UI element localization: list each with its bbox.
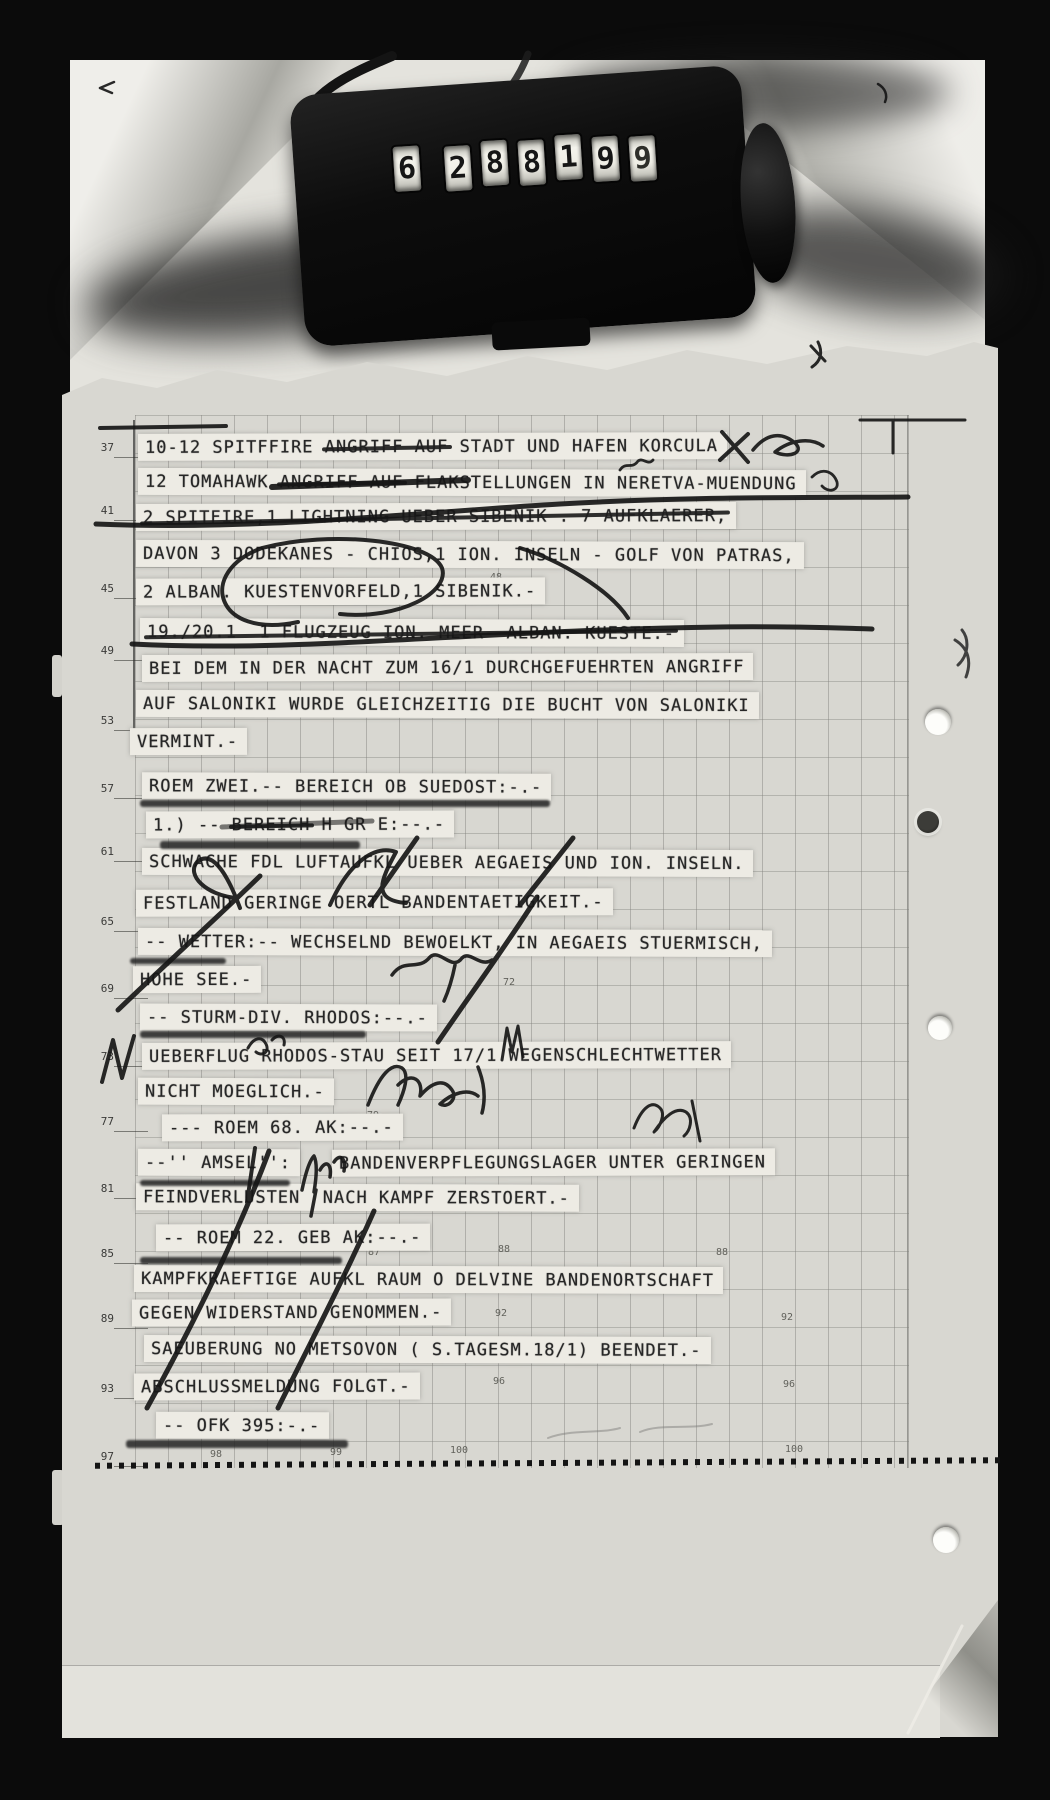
typed-line: NICHT MOEGLICH.- <box>138 1078 334 1106</box>
typed-text: ABSCHLUSSMELDUNG FOLGT.- <box>141 1377 411 1398</box>
typed-text: 1.) -- <box>153 815 232 835</box>
typed-line: 19./20.1 1 FLUGZEUG ION. MEER- ALBAN. KU… <box>140 618 684 647</box>
typed-line: SAEUBERUNG NO METSOVON ( S.TAGESM.18/1) … <box>144 1335 711 1364</box>
typed-line: GEGEN WIDERSTAND GENOMMEN.- <box>132 1298 451 1326</box>
underline-smudge <box>140 1257 342 1264</box>
grid-cell-number: 100 <box>450 1445 468 1456</box>
typed-text: DAVON 3 DODEKANES - CHIOS,1 ION. INSELN … <box>143 544 795 566</box>
counter-digit: 9 <box>628 135 657 182</box>
typed-text: FESTLAND GERINGE OERTL BANDENTAETIGKEIT.… <box>143 892 604 913</box>
grid-cell-number: 88 <box>498 1244 510 1255</box>
typed-text: GEGEN WIDERSTAND GENOMMEN.- <box>139 1303 442 1324</box>
margin-number: 69 <box>88 982 114 995</box>
typed-line: BANDENVERPFLEGUNGSLAGER UNTER GERINGEN <box>332 1148 775 1176</box>
margin-number: 81 <box>88 1182 114 1195</box>
typed-text: -- WETTER:-- WECHSELND BEWOELKT, IN AEGA… <box>145 932 763 954</box>
grid-cell-number: 88 <box>716 1247 728 1258</box>
typed-text: -- ROEM 22. GEB AK:--.- <box>163 1228 421 1249</box>
typed-line: FEINDVERLUSTEN NACH KAMPF ZERSTOERT.- <box>136 1183 579 1212</box>
typed-line: -- OFK 395:-.- <box>156 1412 329 1440</box>
counter-digit: 9 <box>591 136 620 183</box>
grid-cell-number: 96 <box>783 1379 795 1390</box>
counter-base-tab <box>491 317 590 350</box>
margin-number: 41 <box>88 504 114 517</box>
margin-number: 73 <box>88 1050 114 1063</box>
typed-line: 2 SPITFIRE,1 LIGHTNING UEBER SIBENIK . 7… <box>136 502 736 531</box>
typed-line: 2 ALBAN. KUESTENVORFELD,1 SIBENIK.- <box>136 577 545 605</box>
margin-number: 93 <box>88 1382 114 1395</box>
struck-text: 19./20.1 1 FLUGZEUG ION. MEER- ALBAN. KU… <box>147 622 675 644</box>
typed-text: FEINDVERLUSTEN NACH KAMPF ZERSTOERT.- <box>143 1187 570 1208</box>
typed-text: STADT UND HAFEN KORCULA <box>448 436 718 457</box>
typed-text: SAEUBERUNG NO METSOVON ( S.TAGESM.18/1) … <box>151 1339 702 1361</box>
typed-line: KAMPFKRAEFTIGE AUFKL RAUM O DELVINE BAND… <box>134 1265 723 1294</box>
page-bottom-fold-area <box>62 1665 940 1738</box>
typed-line: SCHWACHE FDL LUFTAUFKL UEBER AEGAEIS UND… <box>142 848 754 877</box>
typed-text: NICHT MOEGLICH.- <box>145 1082 325 1103</box>
typed-text: ROEM ZWEI.-- BEREICH OB SUEDOST:-.- <box>149 776 542 797</box>
margin-number: 65 <box>88 915 114 928</box>
typed-line: UEBERFLUG RHODOS-STAU SEIT 17/1 WEGENSCH… <box>142 1041 731 1070</box>
typed-line: DAVON 3 DODEKANES - CHIOS,1 ION. INSELN … <box>136 540 804 569</box>
film-edge-fragment <box>52 655 62 697</box>
counter-digit: 6 <box>393 145 422 192</box>
typed-line: -- WETTER:-- WECHSELND BEWOELKT, IN AEGA… <box>138 928 772 957</box>
underline-smudge <box>140 1180 290 1186</box>
typed-line: 12 TOMAHAWK ANGRIFF AUF FLAKSTELLUNGEN I… <box>138 468 806 497</box>
punch-hole <box>928 1016 952 1040</box>
typed-text: 2 ALBAN. KUESTENVORFELD,1 SIBENIK.- <box>143 581 536 602</box>
film-counter-body <box>289 65 757 348</box>
underline-smudge <box>160 841 360 849</box>
typed-text: BEI DEM IN DER NACHT ZUM 16/1 DURCHGEFUE… <box>149 657 745 679</box>
grid-cell-number: 72 <box>503 977 515 988</box>
typed-line: VERMINT.- <box>130 728 247 755</box>
typed-text: VERMINT.- <box>137 732 238 752</box>
margin-number: 49 <box>88 644 114 657</box>
counter-digit: 8 <box>480 140 509 187</box>
margin-number: 45 <box>88 582 114 595</box>
typed-line: 10-12 SPITFFIRE ANGRIFF AUF STADT UND HA… <box>138 432 727 461</box>
typed-line: BEI DEM IN DER NACHT ZUM 16/1 DURCHGEFUE… <box>142 653 754 682</box>
margin-number: 97 <box>88 1450 114 1463</box>
punch-hole <box>933 1527 959 1553</box>
counter-digit: 8 <box>517 139 546 186</box>
grid-cell-number: 96 <box>493 1376 505 1387</box>
struck-text: ANGRIFF AUF <box>325 437 449 457</box>
typed-line: -- ROEM 22. GEB AK:--.- <box>156 1224 430 1252</box>
grid-cell-number: 98 <box>210 1449 222 1460</box>
typed-text: HOHE SEE.- <box>140 970 252 990</box>
form-left-rule <box>133 420 135 750</box>
typed-line: -- STURM-DIV. RHODOS:--.- <box>140 1003 437 1031</box>
typed-line: ROEM ZWEI.-- BEREICH OB SUEDOST:-.- <box>142 772 551 800</box>
margin-number: 89 <box>88 1312 114 1325</box>
punch-hole <box>925 709 951 735</box>
margin-number: 37 <box>88 441 114 454</box>
typed-line: 1.) -- BEREICH H GR E:--.- <box>146 811 454 839</box>
typed-text: KAMPFKRAEFTIGE AUFKL RAUM O DELVINE BAND… <box>141 1269 714 1291</box>
underline-smudge <box>140 800 550 807</box>
typed-line: ABSCHLUSSMELDUNG FOLGT.- <box>134 1373 420 1401</box>
typed-line: FESTLAND GERINGE OERTL BANDENTAETIGKEIT.… <box>136 888 613 916</box>
typed-text: UEBERFLUG RHODOS-STAU SEIT 17/1 WEGENSCH… <box>149 1045 722 1067</box>
typed-text: SCHWACHE FDL LUFTAUFKL UEBER AEGAEIS UND… <box>149 852 745 874</box>
margin-number: 77 <box>88 1115 114 1128</box>
grid-cell-number: 92 <box>495 1308 507 1319</box>
typed-text: AUF SALONIKI WURDE GLEICHZEITIG DIE BUCH… <box>143 694 750 716</box>
underline-smudge <box>126 1440 348 1448</box>
typed-line: --'' AMSEL'': <box>138 1149 300 1177</box>
struck-text: BEREICH <box>232 815 311 835</box>
margin-number: 85 <box>88 1247 114 1260</box>
struck-text: ANGRIFF AUF <box>280 472 404 492</box>
typed-text: 10-12 SPITFFIRE <box>145 437 325 458</box>
typed-text: H GR E:--.- <box>310 815 445 835</box>
typed-line: HOHE SEE.- <box>133 966 261 993</box>
typed-text: BANDENVERPFLEGUNGSLAGER UNTER GERINGEN <box>339 1152 766 1173</box>
underline-smudge <box>140 1031 366 1038</box>
grid-cell-number: 99 <box>330 1447 342 1458</box>
struck-text: 2 SPITFIRE,1 LIGHTNING UEBER SIBENIK . 7… <box>143 506 727 528</box>
margin-number: 61 <box>88 845 114 858</box>
typed-line: AUF SALONIKI WURDE GLEICHZEITIG DIE BUCH… <box>136 690 759 719</box>
typed-text: FLAKSTELLUNGEN IN NERETVA-MUENDUNG <box>403 473 796 494</box>
margin-number: 53 <box>88 714 114 727</box>
grid-cell-number: 100 <box>785 1444 803 1455</box>
microfilm-photo: 6288199 37414549535761656973778185899397… <box>0 0 1050 1800</box>
margin-number: 57 <box>88 782 114 795</box>
typed-text: 12 TOMAHAWK <box>145 472 280 492</box>
typed-line: --- ROEM 68. AK:--.- <box>162 1114 403 1142</box>
typed-text: -- OFK 395:-.- <box>163 1416 320 1437</box>
underline-smudge <box>130 958 226 964</box>
typed-text: -- STURM-DIV. RHODOS:--.- <box>147 1008 428 1029</box>
grid-cell-number: 92 <box>781 1312 793 1323</box>
counter-digit: 1 <box>554 134 583 181</box>
typed-text: --'' AMSEL'': <box>145 1153 291 1174</box>
typed-text: --- ROEM 68. AK:--.- <box>169 1118 394 1139</box>
punch-hole <box>917 811 939 833</box>
counter-digit: 2 <box>444 145 473 192</box>
